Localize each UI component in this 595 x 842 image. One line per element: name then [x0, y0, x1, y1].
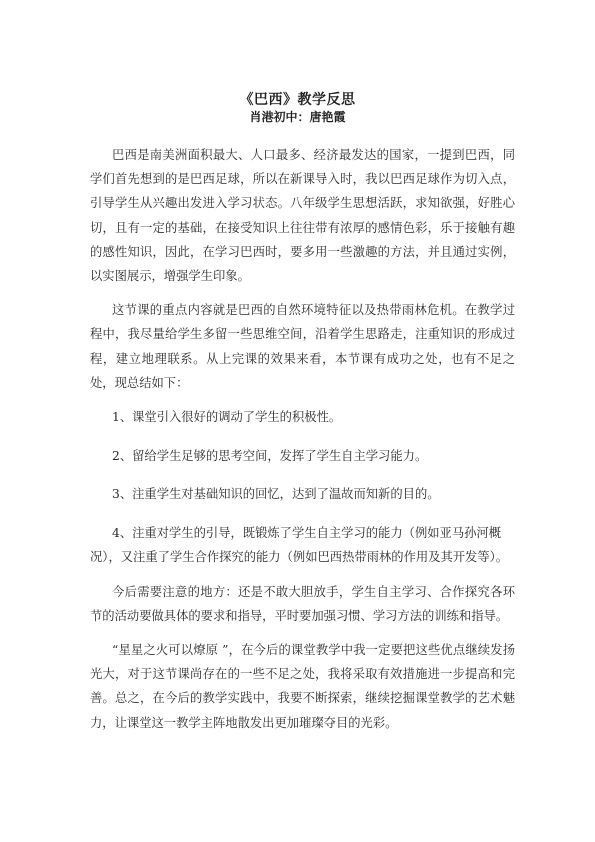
- document-page: 《巴西》教学反思 肖港初中：唐艳霞 巴西是南美洲面积最大、人口最多、经济最发达的…: [0, 0, 595, 842]
- list-item: 4、注重对学生的引导，既锻炼了学生自主学习的能力（例如亚马孙河概况），又注重了学…: [90, 521, 515, 569]
- paragraph-improvements: 今后需要注意的地方：还是不敢大胆放手，学生自主学习、合作探究各环节的活动要做具体…: [90, 580, 515, 628]
- paragraph-intro: 巴西是南美洲面积最大、人口最多、经济最发达的国家，一提到巴西，同学们首先想到的是…: [90, 143, 515, 288]
- paragraph-conclusion: “星星之火可以燎原 ”，在今后的课堂教学中我一定要把这些优点继续发扬光大，对于这…: [90, 638, 515, 735]
- list-item: 2、留给学生足够的思考空间，发挥了学生自主学习能力。: [90, 444, 515, 468]
- document-body: 巴西是南美洲面积最大、人口最多、经济最发达的国家，一提到巴西，同学们首先想到的是…: [90, 143, 515, 745]
- list-item: 3、注重学生对基础知识的回忆，达到了温故而知新的目的。: [90, 482, 515, 506]
- list-item: 1、课堂引入很好的调动了学生的积极性。: [90, 405, 515, 429]
- paragraph-focus: 这节课的重点内容就是巴西的自然环境特征以及热带雨林危机。在教学过程中，我尽量给学…: [90, 298, 515, 395]
- document-author: 肖港初中：唐艳霞: [0, 108, 595, 125]
- document-title: 《巴西》教学反思: [0, 89, 595, 109]
